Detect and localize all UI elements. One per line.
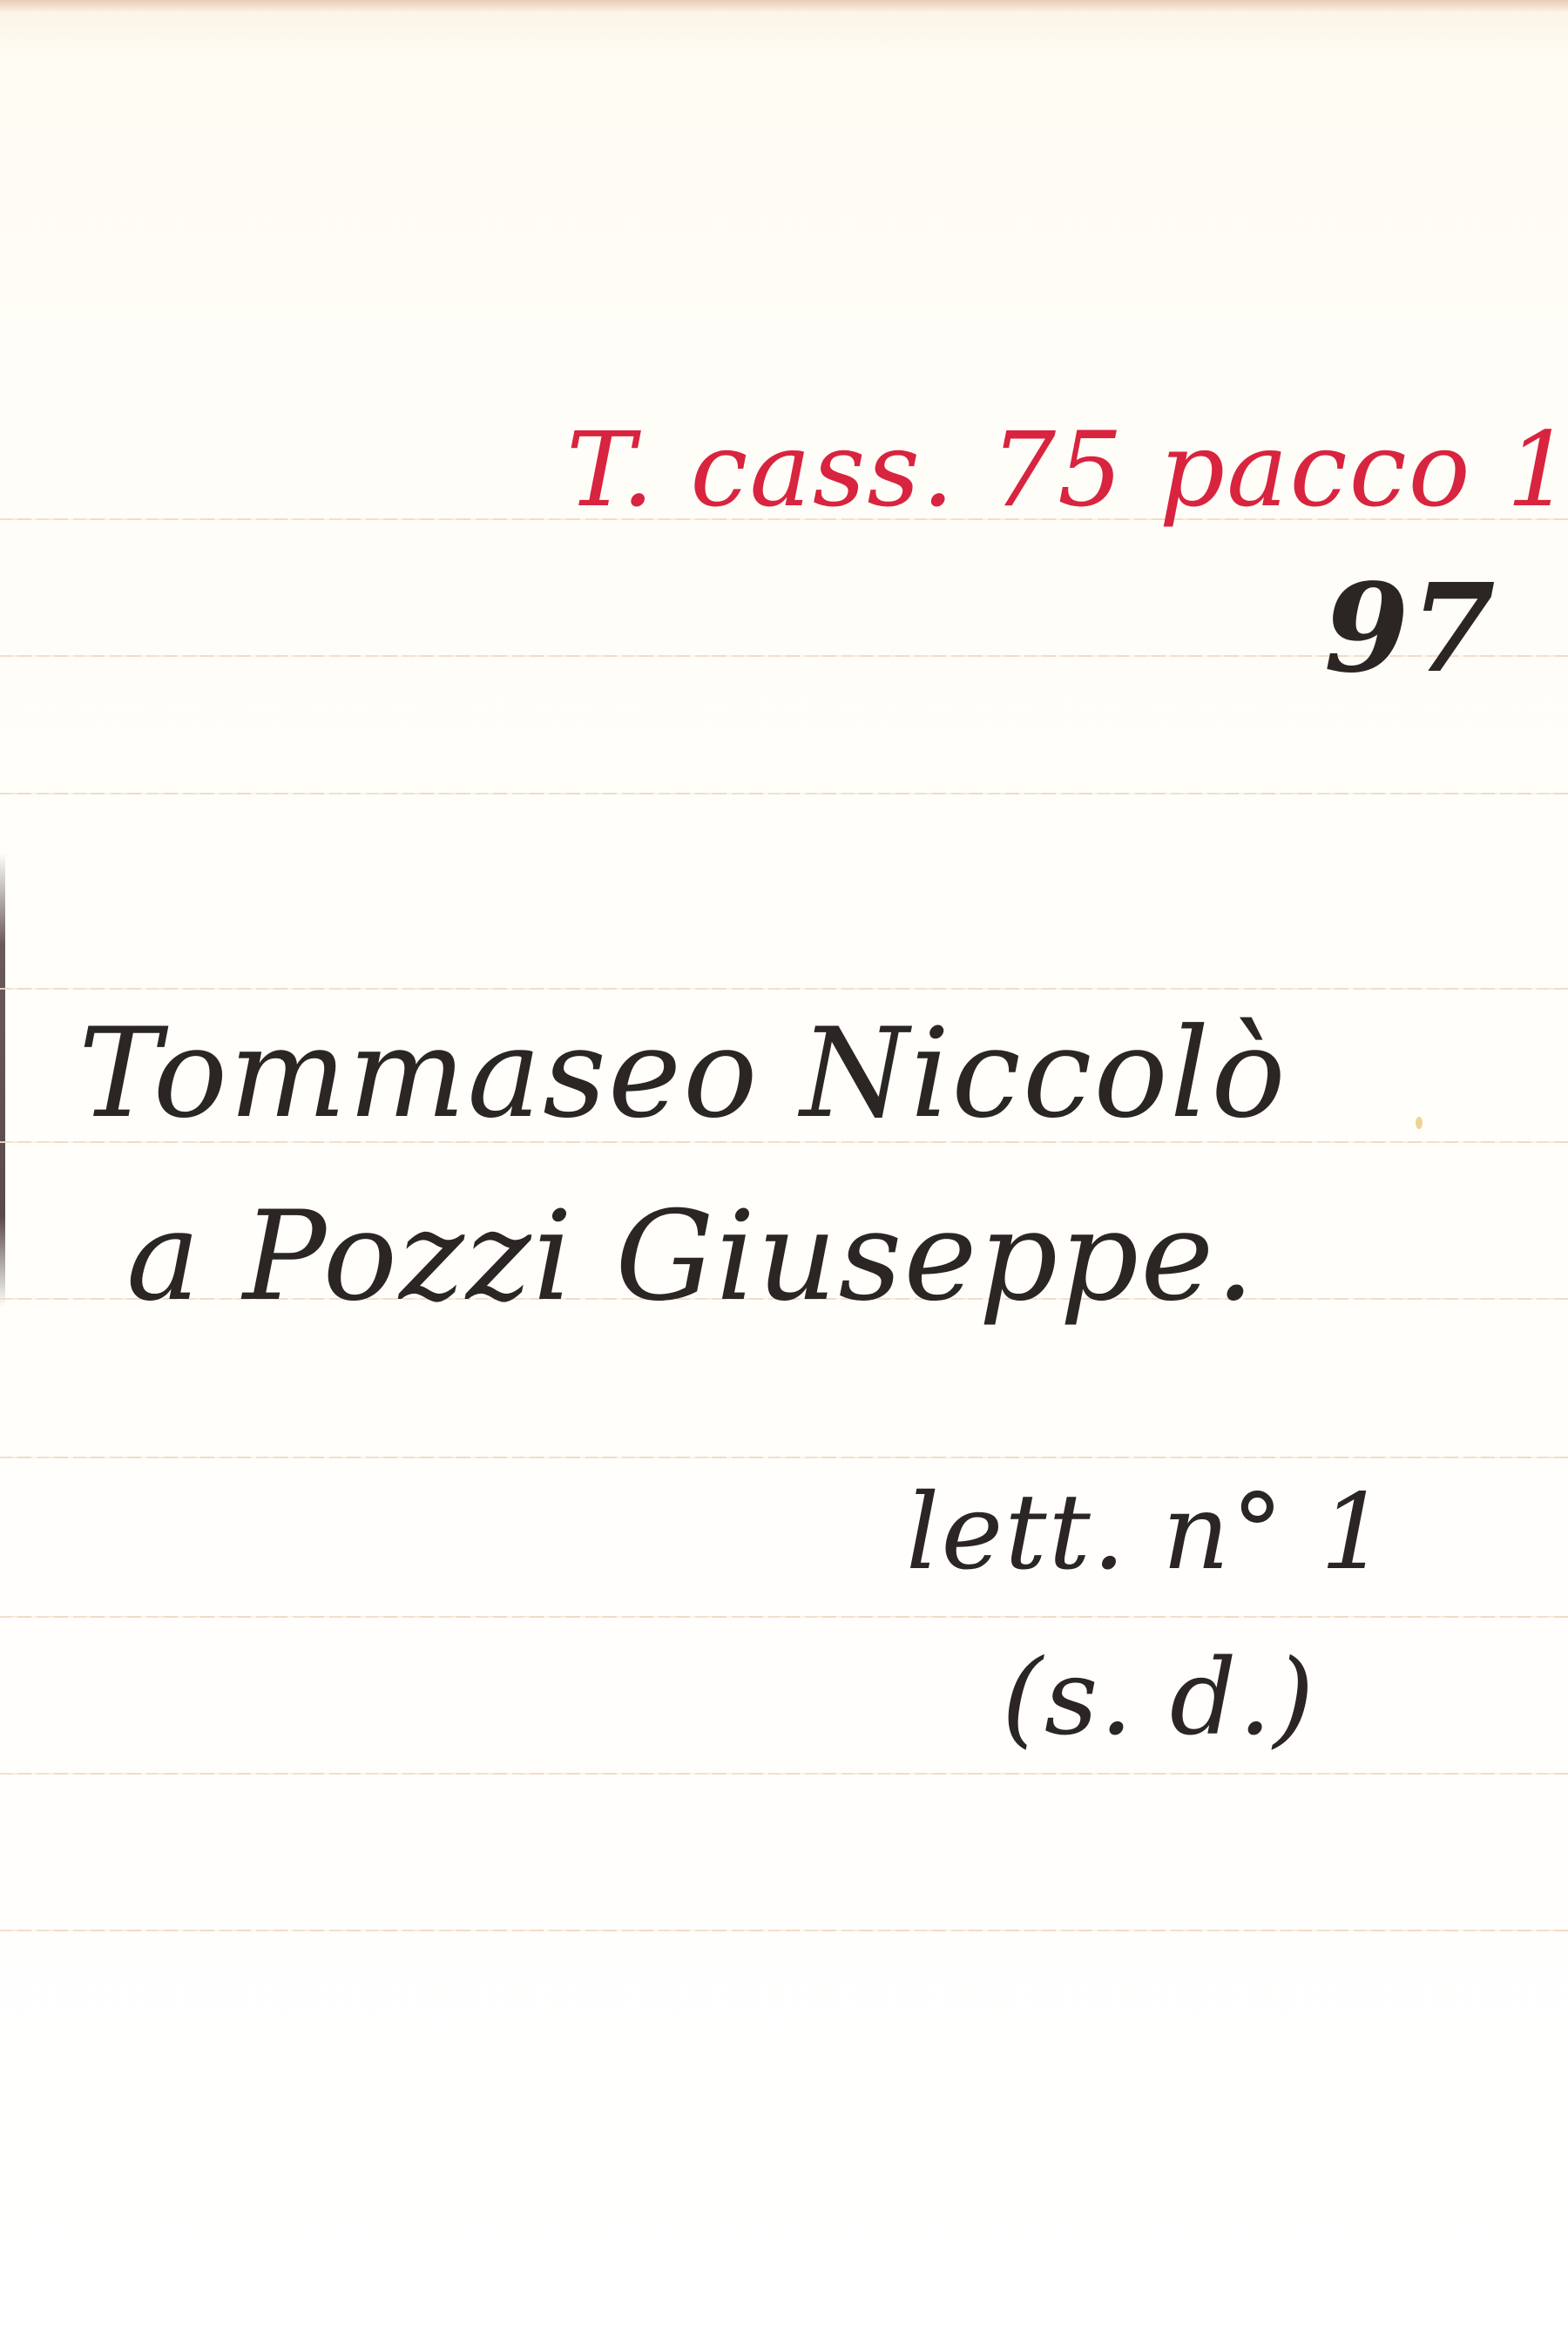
ruled-line [0,1930,1568,1931]
ruled-line [0,1773,1568,1775]
ruled-line [0,1616,1568,1618]
paper-speck [1416,1117,1423,1129]
ruled-line [0,1457,1568,1458]
card-top-edge [0,0,1568,12]
date-note: (s. d.) [1002,1638,1315,1759]
ruled-line [0,793,1568,794]
card-left-edge-shadow [0,854,5,1307]
correspondent-name: Tommaseo Niccolò [78,1002,1288,1146]
folio-number: 97 [1324,558,1497,700]
index-card: T. cass. 75 pacco 130. 97 Tommaseo Nicco… [0,0,1568,2326]
recipient-name: a Pozzi Giuseppe. [126,1185,1256,1329]
ruled-line [0,988,1568,990]
archive-reference: T. cass. 75 pacco 130. [566,409,1568,530]
letter-count: lett. n° 1 [906,1472,1389,1593]
